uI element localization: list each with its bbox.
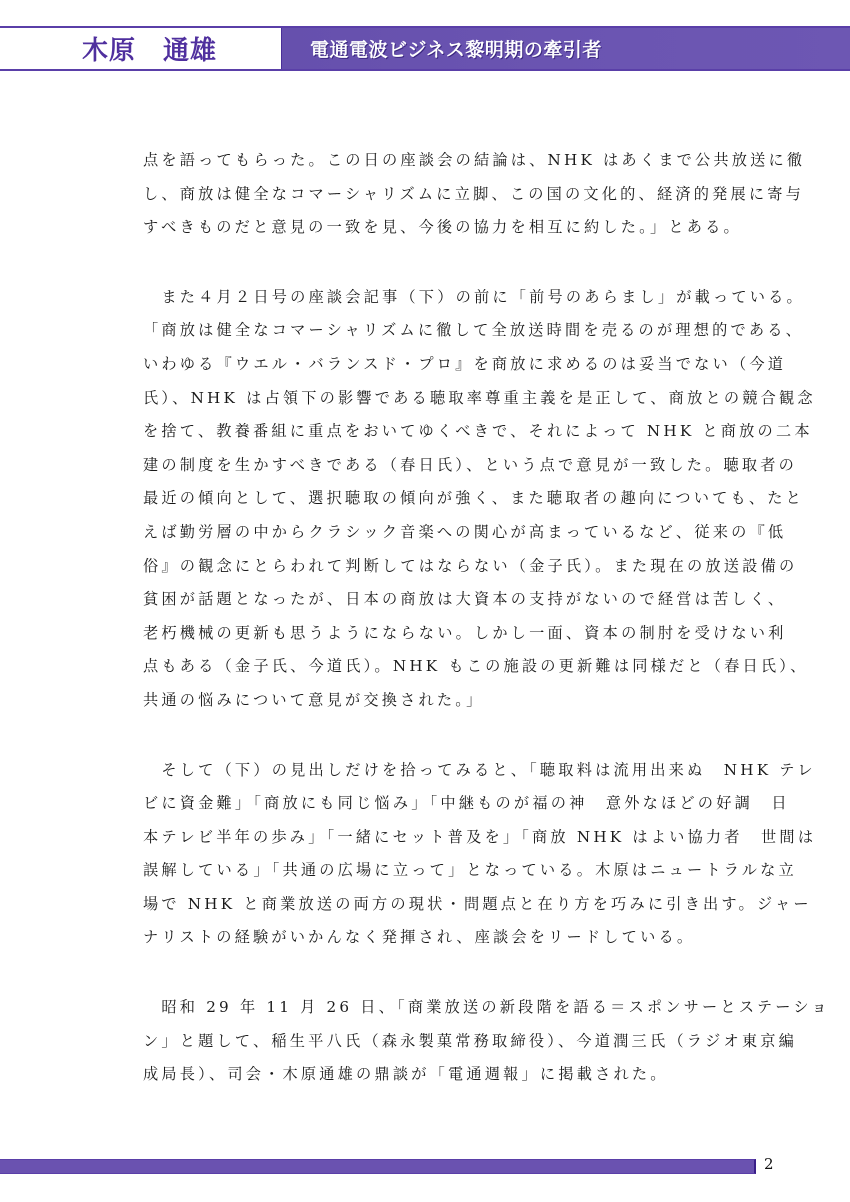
text-line: ビに資金難」「商放にも同じ悩み」「中継ものが福の神 意外なほどの好調 日 bbox=[143, 787, 783, 821]
text-line: 共通の悩みについて意見が交換された。」 bbox=[143, 684, 783, 718]
header-bottom-rule bbox=[0, 69, 850, 71]
page-number: 2 bbox=[764, 1155, 774, 1173]
text-line: そして（下）の見出しだけを拾ってみると、「聴取料は流用出来ぬ NHK テレ bbox=[143, 754, 783, 788]
paragraph-1: 点を語ってもらった。この日の座談会の結論は、NHK はあくまで公共放送に徹 し、… bbox=[143, 144, 783, 245]
footer-bar bbox=[0, 1159, 756, 1174]
author-name-box: 木原 通雄 bbox=[0, 28, 282, 69]
paragraph-4: 昭和 29 年 11 月 26 日、「商業放送の新段階を語る＝スポンサーとステー… bbox=[143, 991, 783, 1092]
text-line: 氏）、NHK は占領下の影響である聴取率尊重主義を是正して、商放との競合観念 bbox=[143, 382, 783, 416]
text-line: 点もある（金子氏、今道氏）。NHK もこの施設の更新難は同様だと（春日氏）、 bbox=[143, 650, 783, 684]
page-footer: 2 bbox=[0, 1159, 850, 1173]
text-line: 成局長）、司会・木原通雄の鼎談が「電通週報」に掲載された。 bbox=[143, 1058, 783, 1092]
text-line: ン」と題して、稲生平八氏（森永製菓常務取締役）、今道潤三氏（ラジオ東京編 bbox=[143, 1025, 783, 1059]
text-line: し、商放は健全なコマーシャリズムに立脚、この国の文化的、経済的発展に寄与 bbox=[143, 178, 783, 212]
chapter-title-box: 電通電波ビジネス黎明期の牽引者 bbox=[282, 28, 850, 69]
text-line: 点を語ってもらった。この日の座談会の結論は、NHK はあくまで公共放送に徹 bbox=[143, 144, 783, 178]
author-name: 木原 通雄 bbox=[82, 30, 217, 67]
text-line: 貧困が話題となったが、日本の商放は大資本の支持がないので経営は苦しく、 bbox=[143, 583, 783, 617]
text-line: 場で NHK と商業放送の両方の現状・問題点と在り方を巧みに引き出す。ジャー bbox=[143, 888, 783, 922]
text-line: 昭和 29 年 11 月 26 日、「商業放送の新段階を語る＝スポンサーとステー… bbox=[143, 991, 783, 1025]
text-line: 俗』の観念にとらわれて判断してはならない（金子氏）。また現在の放送設備の bbox=[143, 550, 783, 584]
text-line: すべきものだと意見の一致を見、今後の協力を相互に約した。」とある。 bbox=[143, 211, 783, 245]
text-line: いわゆる『ウエル・バランスド・プロ』を商放に求めるのは妥当でない（今道 bbox=[143, 348, 783, 382]
text-line: 最近の傾向として、選択聴取の傾向が強く、また聴取者の趣向についても、たと bbox=[143, 482, 783, 516]
text-line: 誤解している」「共通の広場に立って」となっている。木原はニュートラルな立 bbox=[143, 854, 783, 888]
text-line: 本テレビ半年の歩み」「一緒にセット普及を」「商放 NHK はよい協力者 世間は bbox=[143, 821, 783, 855]
body-text: 点を語ってもらった。この日の座談会の結論は、NHK はあくまで公共放送に徹 し、… bbox=[143, 144, 783, 1128]
text-line: 老朽機械の更新も思うようにならない。しかし一面、資本の制肘を受けない利 bbox=[143, 617, 783, 651]
text-line: を捨て、教養番組に重点をおいてゆくべきで、それによって NHK と商放の二本 bbox=[143, 415, 783, 449]
text-line: えば勤労層の中からクラシック音楽への関心が高まっているなど、従来の『低 bbox=[143, 516, 783, 550]
page-header: 木原 通雄 電通電波ビジネス黎明期の牽引者 bbox=[0, 26, 850, 71]
paragraph-2: また４月２日号の座談会記事（下）の前に「前号のあらまし」が載っている。 「商放は… bbox=[143, 281, 783, 718]
text-line: 建の制度を生かすべきである（春日氏）、という点で意見が一致した。聴取者の bbox=[143, 449, 783, 483]
paragraph-3: そして（下）の見出しだけを拾ってみると、「聴取料は流用出来ぬ NHK テレ ビに… bbox=[143, 754, 783, 956]
text-line: また４月２日号の座談会記事（下）の前に「前号のあらまし」が載っている。 bbox=[143, 281, 783, 315]
text-line: ナリストの経験がいかんなく発揮され、座談会をリードしている。 bbox=[143, 921, 783, 955]
text-line: 「商放は健全なコマーシャリズムに徹して全放送時間を売るのが理想的である、 bbox=[143, 314, 783, 348]
chapter-title: 電通電波ビジネス黎明期の牽引者 bbox=[310, 35, 602, 62]
